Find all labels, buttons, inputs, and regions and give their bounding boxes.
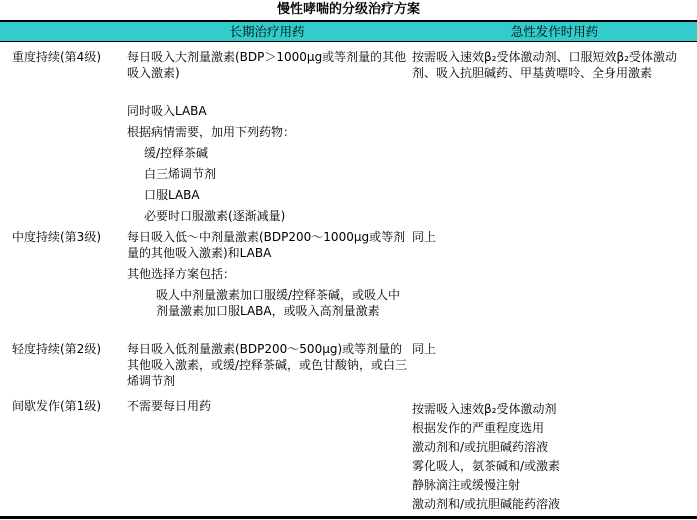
long-term-main: 每日吸入低～中剂量激素(BDP200～1000μg或等剂量的其他吸入激素)和LA…	[127, 229, 409, 261]
table-bottom-rule	[0, 516, 697, 519]
level-label: 轻度持续(第2级)	[12, 341, 124, 357]
acute-line: 雾化吸人，氨茶碱和/或激素	[412, 457, 695, 476]
acute-line: 激动剂和/或抗胆碱能药溶液	[412, 495, 695, 514]
long-term-main: 不需要每日用药	[127, 398, 409, 414]
acute-treatment: 按需吸入速效β₂受体激动剂、口服短效β₂受体激动剂、吸入抗胆碱药、甲基黄嘌呤、全…	[412, 49, 695, 81]
long-term-treatment: 每日吸入低～中剂量激素(BDP200～1000μg或等剂量的其他吸入激素)和LA…	[127, 229, 409, 319]
level-label: 间歇发作(第1级)	[12, 398, 124, 414]
acute-line: 按需吸入速效β₂受体激动剂	[412, 400, 695, 419]
long-term-intro: 其他选择方案包括：	[127, 266, 409, 282]
column-header-acute: 急性发作时用药	[412, 22, 697, 41]
page-title: 慢性哮喘的分级治疗方案	[0, 2, 697, 18]
acute-treatment: 按需吸入速效β₂受体激动剂 根据发作的严重程度选用 激动剂和/或抗胆碱药溶液 雾…	[412, 400, 695, 514]
long-term-item: 缓/控释茶碱	[127, 145, 409, 161]
long-term-intro: 根据病情需要，加用下列药物：	[127, 124, 409, 140]
long-term-item: 必要时口服激素(逐渐减量)	[127, 208, 409, 224]
long-term-main: 每日吸入大剂量激素(BDP＞1000μg或等剂量的其他吸入激素)	[127, 49, 409, 81]
long-term-item: 白三烯调节剂	[127, 166, 409, 182]
acute-line: 根据发作的严重程度选用	[412, 419, 695, 438]
long-term-treatment: 不需要每日用药	[127, 398, 409, 414]
table-header: 长期治疗用药 急性发作时用药	[0, 20, 697, 42]
column-header-long-term: 长期治疗用药	[127, 22, 407, 41]
long-term-option: 吸人中剂量激素加口服缓/控释茶碱，或吸人中剂量激素加口服LABA，或吸入高剂量激…	[127, 287, 409, 319]
level-label: 中度持续(第3级)	[12, 229, 124, 245]
long-term-main: 每日吸入低剂量激素(BDP200～500μg)或等剂量的其他吸入激素，或缓/控释…	[127, 341, 409, 389]
level-label: 重度持续(第4级)	[12, 49, 124, 65]
long-term-treatment: 每日吸入大剂量激素(BDP＞1000μg或等剂量的其他吸入激素) 同时吸入LAB…	[127, 49, 409, 224]
acute-treatment: 同上	[412, 341, 695, 357]
long-term-item: 口服LABA	[127, 187, 409, 203]
long-term-treatment: 每日吸入低剂量激素(BDP200～500μg)或等剂量的其他吸入激素，或缓/控释…	[127, 341, 409, 389]
acute-line: 激动剂和/或抗胆碱药溶液	[412, 438, 695, 457]
acute-line: 静脉滴注或缓慢注射	[412, 476, 695, 495]
long-term-extra: 同时吸入LABA	[127, 103, 409, 119]
acute-treatment: 同上	[412, 229, 695, 245]
